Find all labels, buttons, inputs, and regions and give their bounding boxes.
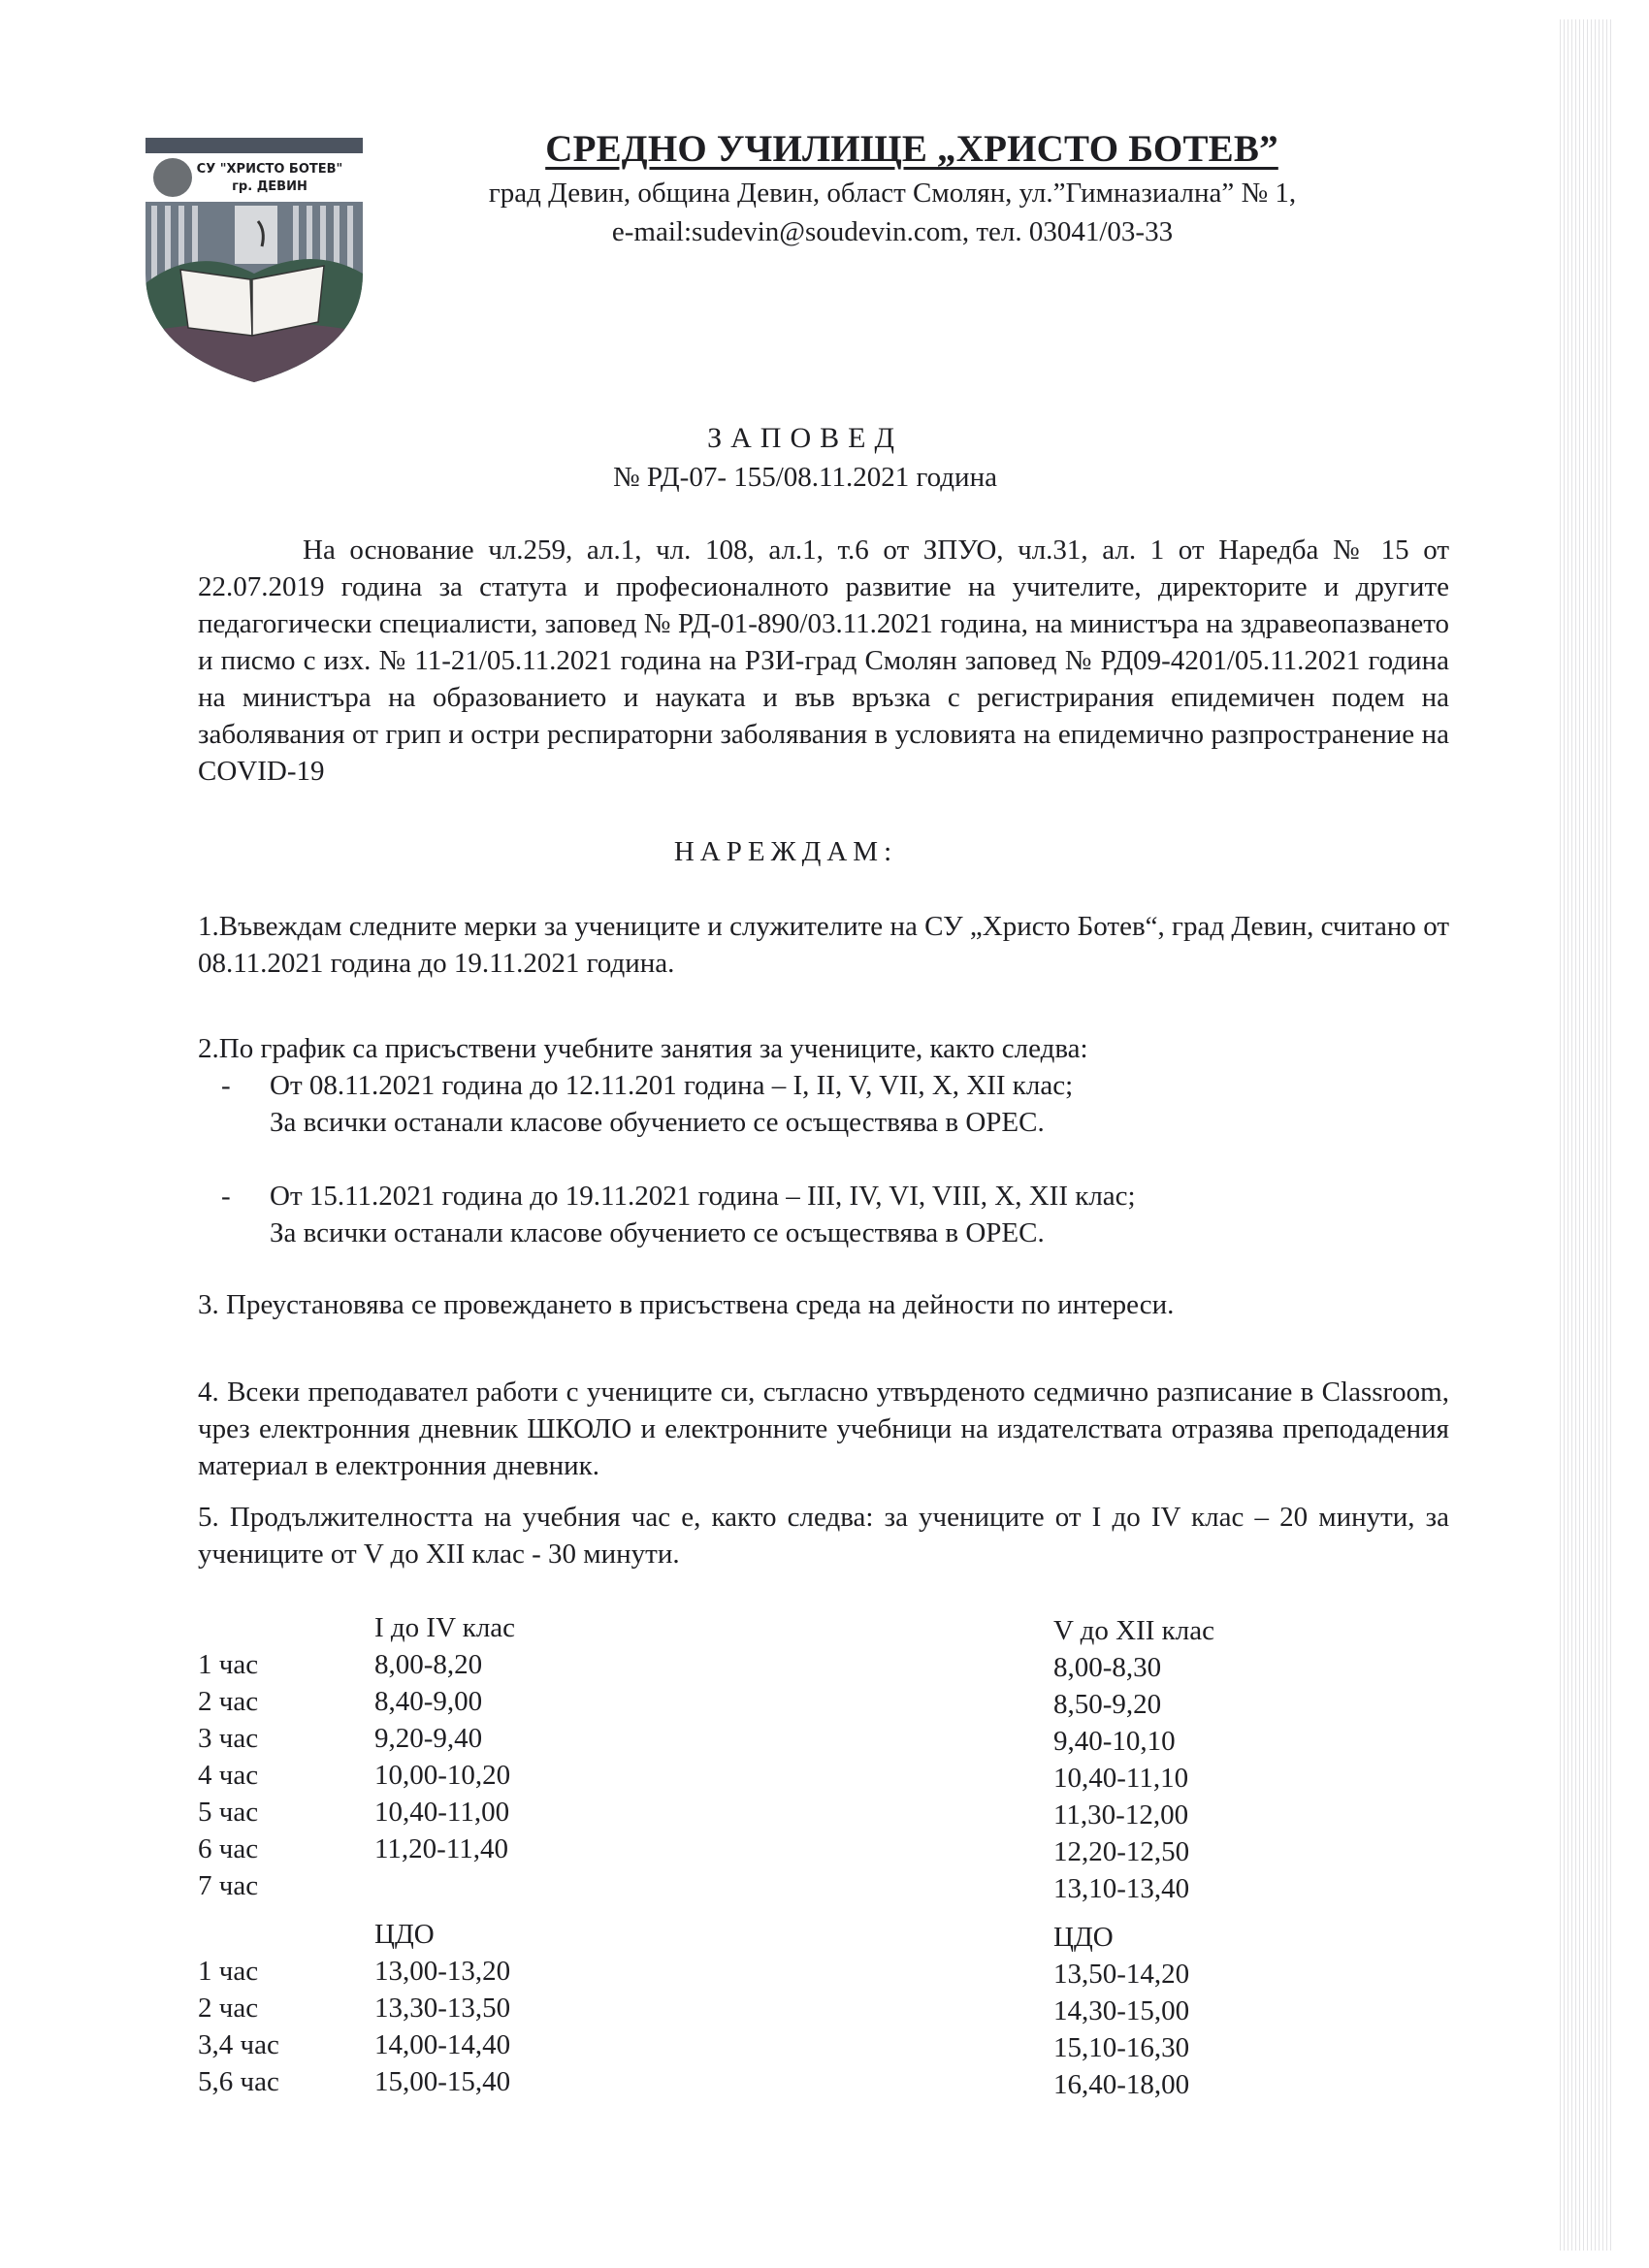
item-2-text: 2.По график са присъствени учебните заня… bbox=[198, 1030, 1449, 1067]
bullet-line: За всички останали класове обучението се… bbox=[270, 1104, 1449, 1141]
time-slot: 10,40-11,00 bbox=[374, 1794, 515, 1831]
hour-label: 5,6 час bbox=[198, 2063, 279, 2100]
time-slot: 8,00-8,30 bbox=[1053, 1649, 1214, 1686]
time-slot: 10,40-11,10 bbox=[1053, 1760, 1214, 1797]
hour-label: 6 час bbox=[198, 1831, 258, 1867]
time-slot: 15,00-15,40 bbox=[374, 2063, 510, 2100]
item-4: 4. Всеки преподавател работи с учениците… bbox=[198, 1374, 1449, 1484]
school-contacts: e-mail:sudevin@soudevin.com, тел. 03041/… bbox=[407, 213, 1377, 250]
time-slot: 16,40-18,00 bbox=[1053, 2066, 1189, 2103]
time-slot bbox=[374, 1867, 515, 1904]
time-slot: 8,50-9,20 bbox=[1053, 1686, 1214, 1723]
order-number: № РД-07- 155/08.11.2021 година bbox=[0, 458, 1649, 497]
bullet-line: От 15.11.2021 година до 19.11.2021 годин… bbox=[270, 1178, 1449, 1215]
cdo-hours-column: 1 час 2 час 3,4 час 5,6 час bbox=[198, 1916, 279, 2100]
schedule-hours-column: 1 час 2 час 3 час 4 час 5 час 6 час 7 ча… bbox=[198, 1609, 258, 1904]
time-slot: 13,10-13,40 bbox=[1053, 1870, 1214, 1907]
column-header: V до XII клас bbox=[1053, 1612, 1214, 1649]
hour-label: 1 час bbox=[198, 1646, 258, 1683]
time-slot: 11,20-11,40 bbox=[374, 1831, 515, 1867]
hour-label: 7 час bbox=[198, 1867, 258, 1904]
decree-heading: НАРЕЖДАМ: bbox=[0, 836, 1610, 868]
time-slot: 15,10-16,30 bbox=[1053, 2029, 1189, 2066]
letterhead: СРЕДНО УЧИЛИЩЕ „ХРИСТО БОТЕВ” град Девин… bbox=[407, 126, 1377, 250]
item-1: 1.Въвеждам следните мерки за учениците и… bbox=[198, 908, 1449, 982]
time-slot: 13,00-13,20 bbox=[374, 1953, 510, 1990]
hour-label: 4 час bbox=[198, 1757, 258, 1794]
column-header: ЦДО bbox=[1053, 1919, 1189, 1956]
schedule-grades-5-12-column: V до XII клас 8,00-8,30 8,50-9,20 9,40-1… bbox=[1053, 1612, 1214, 1907]
order-title-block: ЗАПОВЕД № РД-07- 155/08.11.2021 година bbox=[0, 419, 1649, 497]
time-slot: 12,20-12,50 bbox=[1053, 1833, 1214, 1870]
column-header: I до IV клас bbox=[374, 1609, 515, 1646]
order-preamble: На основание чл.259, ал.1, чл. 108, ал.1… bbox=[198, 532, 1449, 790]
time-slot: 14,00-14,40 bbox=[374, 2026, 510, 2063]
item-2-bullet: - От 08.11.2021 година до 12.11.201 годи… bbox=[198, 1067, 1449, 1141]
schedule-grades-1-4-column: I до IV клас 8,00-8,20 8,40-9,00 9,20-9,… bbox=[374, 1609, 515, 1904]
school-emblem-logo: СУ "ХРИСТО БОТЕВ" гр. ДЕВИН bbox=[138, 128, 371, 388]
column-header: ЦДО bbox=[374, 1916, 510, 1953]
order-title: ЗАПОВЕД bbox=[0, 419, 1649, 458]
scan-edge-artifact bbox=[1560, 19, 1614, 2251]
cdo-grades-5-12-column: ЦДО 13,50-14,20 14,30-15,00 15,10-16,30 … bbox=[1053, 1919, 1189, 2103]
time-slot: 8,00-8,20 bbox=[374, 1646, 515, 1683]
time-slot: 8,40-9,00 bbox=[374, 1683, 515, 1720]
svg-text:СУ "ХРИСТО БОТЕВ": СУ "ХРИСТО БОТЕВ" bbox=[197, 162, 343, 177]
time-slot: 9,20-9,40 bbox=[374, 1720, 515, 1757]
time-slot: 13,50-14,20 bbox=[1053, 1956, 1189, 1993]
hour-label: 3,4 час bbox=[198, 2026, 279, 2063]
bullet-dash: - bbox=[221, 1178, 231, 1215]
time-slot: 11,30-12,00 bbox=[1053, 1797, 1214, 1833]
time-slot: 13,30-13,50 bbox=[374, 1990, 510, 2026]
hour-label: 1 час bbox=[198, 1953, 279, 1990]
hour-label: 5 час bbox=[198, 1794, 258, 1831]
item-3: 3. Преустановява се провеждането в присъ… bbox=[198, 1286, 1449, 1323]
school-address: град Девин, община Девин, област Смолян,… bbox=[407, 175, 1377, 211]
time-slot: 9,40-10,10 bbox=[1053, 1723, 1214, 1760]
item-5: 5. Продължителността на учебния час е, к… bbox=[198, 1499, 1449, 1572]
hour-label: 2 час bbox=[198, 1683, 258, 1720]
time-slot: 14,30-15,00 bbox=[1053, 1993, 1189, 2029]
item-2-bullet: - От 15.11.2021 година до 19.11.2021 год… bbox=[198, 1178, 1449, 1251]
bullet-dash: - bbox=[221, 1067, 231, 1104]
bullet-line: За всички останали класове обучението се… bbox=[270, 1215, 1449, 1251]
cdo-grades-1-4-column: ЦДО 13,00-13,20 13,30-13,50 14,00-14,40 … bbox=[374, 1916, 510, 2100]
hour-label: 2 час bbox=[198, 1990, 279, 2026]
hour-label: 3 час bbox=[198, 1720, 258, 1757]
school-name: СРЕДНО УЧИЛИЩЕ „ХРИСТО БОТЕВ” bbox=[446, 126, 1377, 173]
item-2: 2.По график са присъствени учебните заня… bbox=[198, 1030, 1449, 1251]
svg-text:гр. ДЕВИН: гр. ДЕВИН bbox=[232, 179, 307, 194]
time-slot: 10,00-10,20 bbox=[374, 1757, 515, 1794]
bullet-line: От 08.11.2021 година до 12.11.201 година… bbox=[270, 1067, 1449, 1104]
